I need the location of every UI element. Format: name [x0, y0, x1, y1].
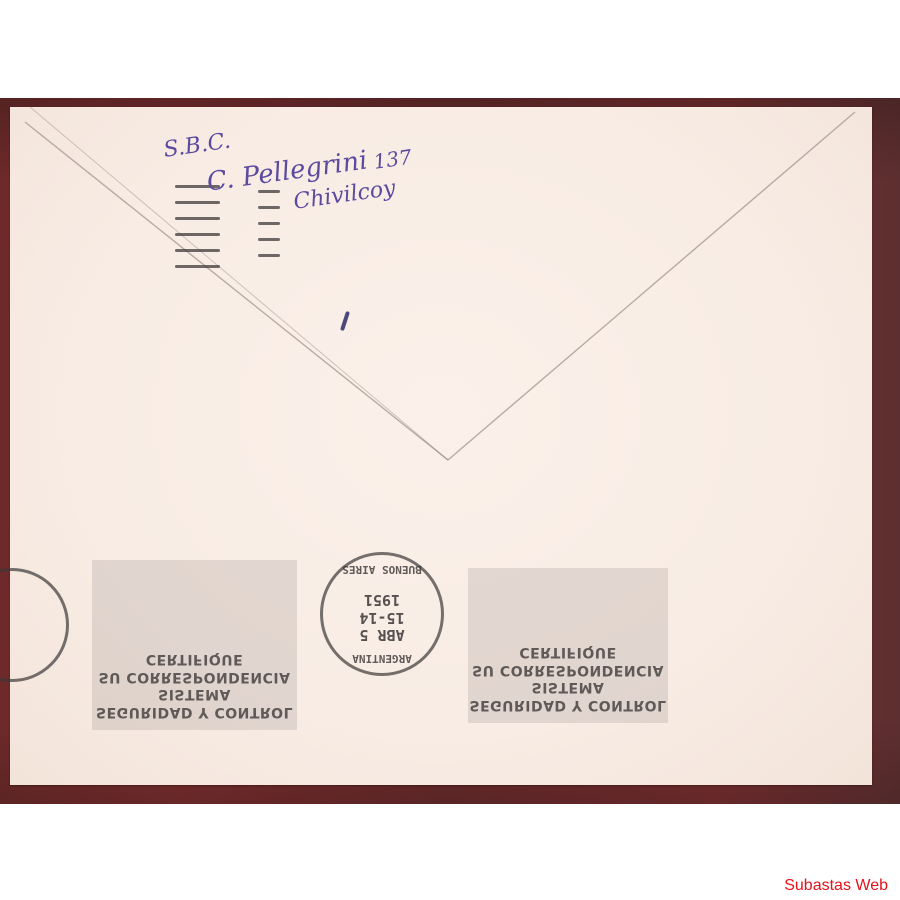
slogan-line: SISTEMA [468, 678, 668, 696]
watermark-text: Subastas Web [784, 877, 888, 895]
postmark-city: BUENOS AIRES [323, 563, 441, 576]
machine-cancel-lines-right [258, 190, 280, 270]
slogan-line: SU CORRESPONDENCIA [468, 661, 668, 679]
slogan-cancel-left: SEGURIDAD Y CONTROL SISTEMA SU CORRESPON… [92, 560, 297, 730]
slogan-line: SEGURIDAD Y CONTROL [92, 703, 297, 721]
slogan-line: SISTEMA [92, 685, 297, 703]
machine-cancel-lines-left [175, 185, 220, 281]
circular-postmark: ARGENTINA ABR 5 15-14 1951 BUENOS AIRES [320, 552, 444, 676]
slogan-line: SU CORRESPONDENCIA [92, 668, 297, 686]
slogan-line: CERTIFIQUE [468, 643, 668, 661]
slogan-line: CERTIFIQUE [92, 650, 297, 668]
postmark-country: ARGENTINA [323, 652, 441, 665]
postmark-date: ABR 5 15-14 1951 [323, 591, 441, 643]
slogan-cancel-right: SEGURIDAD Y CONTROL SISTEMA SU CORRESPON… [468, 568, 668, 723]
slogan-line: SEGURIDAD Y CONTROL [468, 696, 668, 714]
